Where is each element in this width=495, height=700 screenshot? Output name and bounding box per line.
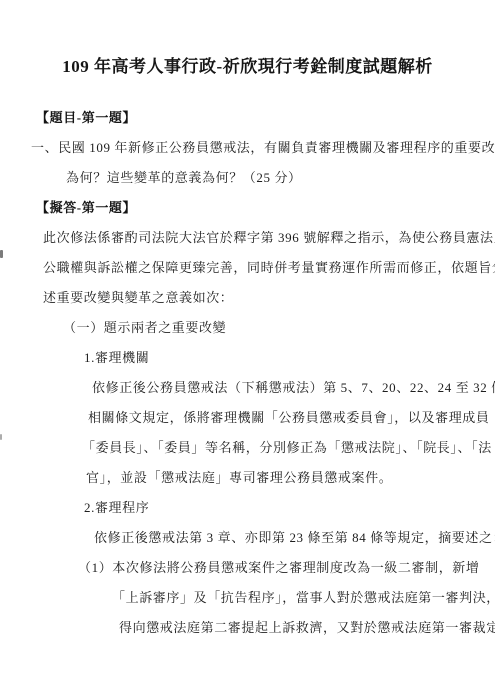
question-section-header: 【題目-第一題】 bbox=[0, 103, 495, 133]
numbered-item-heading: 1.審理機關 bbox=[0, 343, 495, 373]
answer-text-line: 依修正後懲戒法第 3 章、亦即第 23 條至第 84 條等規定，摘要述之： bbox=[0, 523, 495, 553]
scan-artifact bbox=[0, 434, 2, 440]
document-body: 【題目-第一題】 一、民國 109 年新修正公務員懲戒法，有關負責審理機關及審理… bbox=[0, 103, 495, 643]
subsection-heading: （一）題示兩者之重要改變 bbox=[0, 313, 495, 343]
answer-text-line: 公職權與訴訟權之保障更臻完善，同時併考量實務運作所需而修正，依題旨分 bbox=[0, 253, 495, 283]
answer-text-line: 述重要改變與變革之意義如次： bbox=[0, 283, 495, 313]
answer-text-line: 依修正後公務員懲戒法（下稱懲戒法）第 5、7、20、22、24 至 32 條等 bbox=[0, 373, 495, 403]
scanned-document-page: 109 年高考人事行政-祈欣現行考銓制度試題解析 【題目-第一題】 一、民國 1… bbox=[0, 0, 495, 700]
answer-text-line: 相關條文規定，係將審理機關「公務員懲戒委員會」，以及審理成員 bbox=[0, 403, 495, 433]
answer-text-line: 得向懲戒法庭第二審提起上訴救濟，又對於懲戒法庭第一審裁定， bbox=[0, 613, 495, 643]
answer-text-line: 「上訴審序」及「抗告程序」，當事人對於懲戒法庭第一審判決， bbox=[0, 583, 495, 613]
answer-section-header: 【擬答-第一題】 bbox=[0, 193, 495, 223]
question-text-line: 為何？這些變革的意義為何？（25 分） bbox=[0, 163, 495, 193]
question-text-line: 一、民國 109 年新修正公務員懲戒法，有關負責審理機關及審理程序的重要改變 bbox=[0, 133, 495, 163]
answer-text-line: 「委員長」、「委員」等名稱，分別修正為「懲戒法院」、「院長」、「法 bbox=[0, 433, 495, 463]
scan-artifact bbox=[0, 250, 3, 258]
answer-text-line: 此次修法係審酌司法院大法官於釋字第 396 號解釋之指示，為使公務員憲法上服 bbox=[0, 223, 495, 253]
document-title: 109 年高考人事行政-祈欣現行考銓制度試題解析 bbox=[0, 52, 495, 77]
numbered-subitem-line: （1）本次修法將公務員懲戒案件之審理制度改為一級二審制，新增 bbox=[0, 553, 495, 583]
answer-text-line: 官」，並設「懲戒法庭」專司審理公務員懲戒案件。 bbox=[0, 463, 495, 493]
numbered-item-heading: 2.審理程序 bbox=[0, 493, 495, 523]
